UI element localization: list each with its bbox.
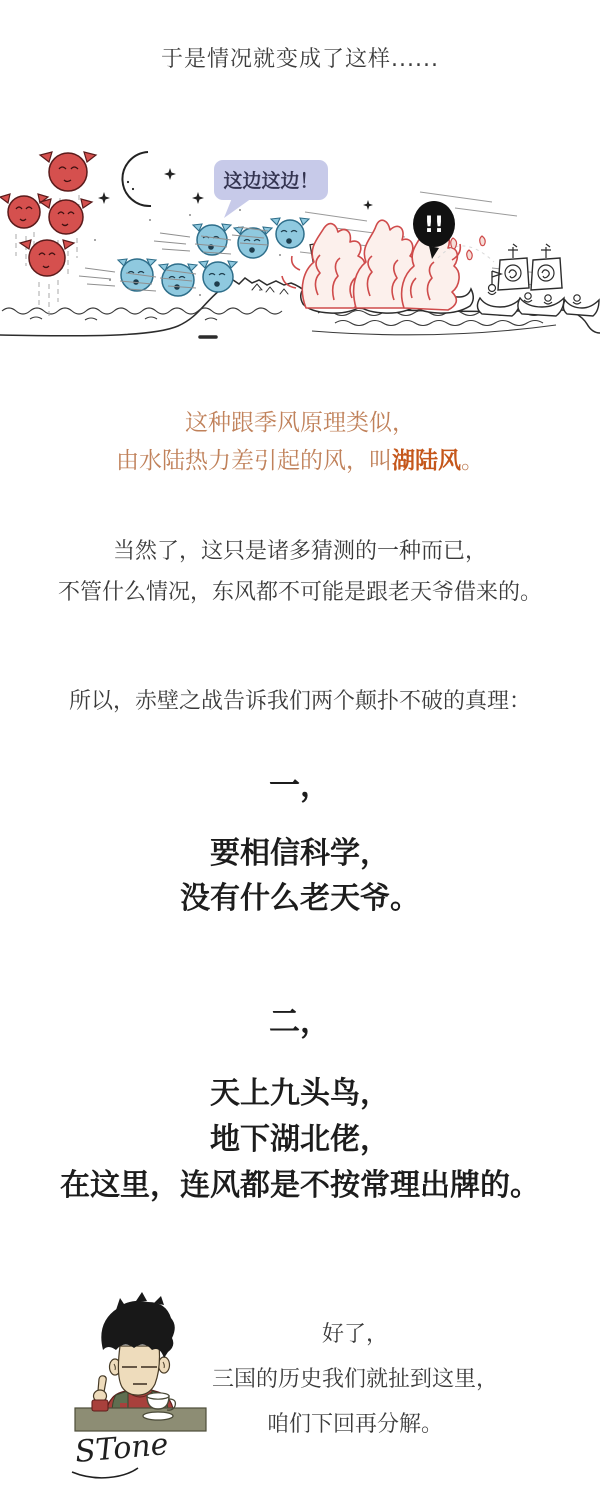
caveat-line-2: 不管什么情况，东风都不可能是跟老天爷借来的。: [0, 572, 600, 613]
signature-text: STone: [74, 1427, 170, 1470]
battle-scene-illustration: 这边这边！: [0, 120, 600, 355]
intro-caption: 于是情况就变成了这样......: [0, 42, 600, 73]
signature: STone: [72, 1427, 170, 1478]
burning-ships: [282, 220, 494, 313]
blue-wind-spirit: [154, 224, 231, 255]
closing-line-2: 三国的历史我们就扯到这里，: [190, 1357, 520, 1402]
avatar-head: [101, 1292, 174, 1395]
truth-two-line-2: 地下湖北佬，: [0, 1117, 600, 1163]
exclamation-text: !!: [424, 213, 444, 238]
truth-one-text: 要相信科学， 没有什么老天爷。: [0, 831, 600, 921]
truth-two-label: 二，: [0, 996, 600, 1041]
comic-page: 于是情况就变成了这样......: [0, 0, 600, 1509]
truth-one-line-2: 没有什么老天爷。: [0, 876, 600, 921]
truth-two-line-3: 在这里，连风都是不按常理出牌的。: [0, 1163, 600, 1209]
wind-explanation: 这种跟季风原理类似， 由水陆热力差引起的风，叫湖陆风。: [0, 404, 600, 480]
caveat-line-1: 当然了，这只是诸多猜测的一种而已，: [0, 531, 600, 572]
truth-intro: 所以，赤壁之战告诉我们两个颠扑不破的真理：: [0, 684, 600, 715]
author-avatar: STone: [70, 1292, 210, 1492]
red-wind-spirit: [20, 240, 74, 318]
speech-bubble-text: 这边这边！: [223, 169, 318, 192]
moon-icon: [122, 152, 151, 206]
closing-line-3: 咱们下回再分解。: [190, 1402, 520, 1447]
caveat-text: 当然了，这只是诸多猜测的一种而已， 不管什么情况，东风都不可能是跟老天爷借来的。: [0, 531, 600, 613]
truth-one-line-1: 要相信科学，: [0, 831, 600, 876]
lake-land-breeze-term: 湖陆风: [392, 448, 461, 474]
closing-text: 好了， 三国的历史我们就扯到这里， 咱们下回再分解。: [190, 1312, 520, 1447]
avatar-hand: [92, 1376, 108, 1411]
truth-two-line-1: 天上九头鸟，: [0, 1071, 600, 1117]
truth-one-label: 一，: [0, 760, 600, 805]
blue-wind-spirits: [79, 218, 309, 296]
speech-bubble: 这边这边！: [214, 160, 328, 218]
closing-line-1: 好了，: [190, 1312, 520, 1357]
wind-line-1: 这种跟季风原理类似，: [0, 404, 600, 442]
ship-sails: [498, 258, 562, 290]
red-wind-spirits: [0, 152, 96, 318]
truth-two-text: 天上九头鸟， 地下湖北佬， 在这里，连风都是不按常理出牌的。: [0, 1071, 600, 1209]
wind-line-2: 由水陆热力差引起的风，叫湖陆风。: [0, 442, 600, 480]
intact-ships: [477, 244, 599, 316]
